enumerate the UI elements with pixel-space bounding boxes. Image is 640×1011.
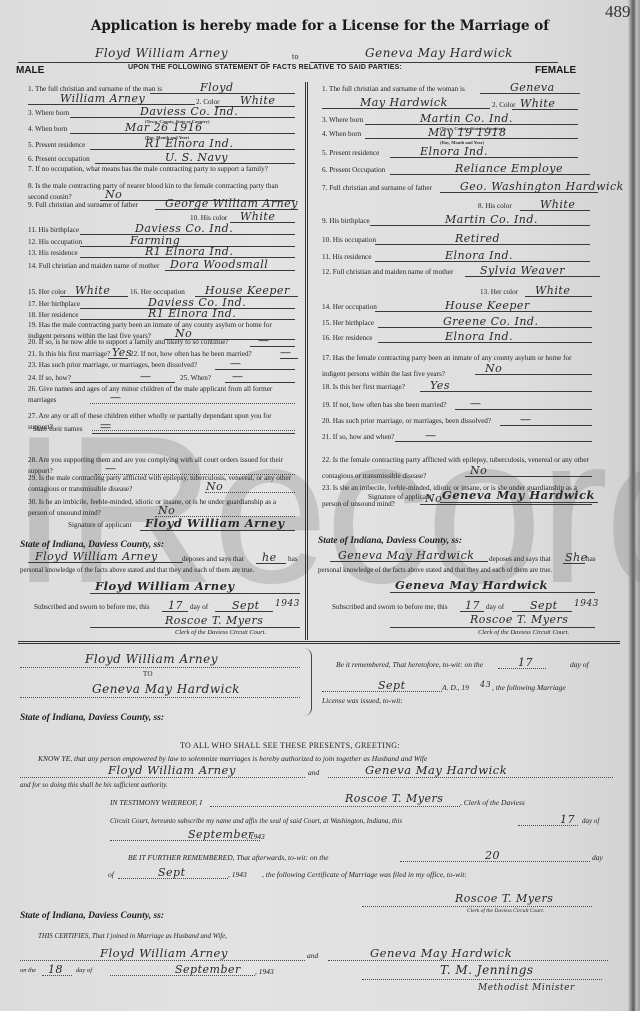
certificate-state: State of Indiana, Daviess County, ss: (20, 911, 164, 921)
female-question-21: 21. If so, how and when? (322, 433, 394, 442)
license-filed-year: , 1943 (228, 870, 247, 879)
female-has-text: has (586, 555, 596, 564)
license-day-of: day of (570, 660, 589, 669)
female-question-15: 15. Her birthplace (322, 319, 374, 328)
female-question-18: 18. Is this her first marriage? (322, 383, 405, 392)
male-signature-line (140, 530, 295, 531)
female-answer-11: Elnora Ind. (445, 249, 513, 262)
male-question-14: 14. Full christian and maiden name of mo… (28, 262, 159, 271)
female-question-14: 14. Her occupation (322, 303, 377, 312)
license-testimony: IN TESTIMONY WHEREOF, I (110, 798, 202, 807)
female-sworn-text: Subscribed and sworn to before me, this (332, 603, 448, 612)
female-answer-21: — (425, 429, 437, 442)
male-answer-2: White (240, 94, 275, 107)
male-answer-line-28 (92, 433, 295, 434)
female-question-19: 19. If not, how often has she been marri… (322, 401, 447, 410)
male-question-4: 4. When born (28, 125, 67, 134)
female-answer-23: No (425, 492, 442, 505)
certificate-day-of: day of (76, 967, 92, 974)
male-answer-1: William Arney (60, 92, 145, 105)
male-sworn-text: Subscribed and sworn to before me, this (34, 603, 150, 612)
female-deposes-text: deposes and says that (489, 555, 551, 564)
certificate-bride-line (328, 960, 608, 961)
female-sworn-month: Sept (530, 599, 558, 612)
female-answer-16: Elnora Ind. (445, 330, 513, 343)
license-know-ye: KNOW YE, that any person empowered by la… (38, 754, 427, 763)
license-testimony-month: September (188, 828, 254, 841)
license-testimony-day-of: day of (582, 817, 599, 825)
female-question-4: 4. When born (322, 130, 361, 139)
female-answer-10: Retired (455, 232, 500, 245)
male-answer-line-27 (92, 430, 295, 431)
license-clerk-line (210, 806, 460, 807)
female-answer-1: May Hardwick (360, 96, 448, 109)
male-answer-line-23 (215, 369, 295, 370)
male-answer-5: R1 Elnora Ind. (145, 137, 233, 150)
male-answer-31: No (158, 504, 175, 517)
male-answer-23: — (230, 357, 242, 370)
male-answer-22: — (280, 346, 292, 359)
female-answer-22: No (470, 464, 487, 477)
male-answer-10: White (240, 210, 275, 223)
male-has-text: has (288, 555, 298, 564)
document-title: Application is hereby made for a License… (0, 18, 640, 34)
male-sworn-day: 17 (168, 599, 183, 612)
license-to: TO (143, 670, 153, 678)
female-answer-7: Geo. Washington Hardwick (460, 180, 624, 193)
female-affidavit-signature: Geneva May Hardwick (395, 578, 548, 592)
female-answer-5: Elnora Ind. (420, 145, 488, 158)
female-deponent: Geneva May Hardwick (338, 549, 474, 562)
female-answer-9: Martin Co. Ind. (445, 213, 538, 226)
male-affidavit-signature: Floyd William Arney (95, 579, 235, 593)
male-clerk-signature: Roscoe T. Myers (165, 614, 263, 627)
groom-header-line (18, 62, 268, 63)
female-answer-17: No (485, 362, 502, 375)
male-question-9: 9. Full christian and surname of father (28, 201, 138, 210)
female-question-1: 1. The full christian and surname of the… (322, 85, 465, 94)
male-affidavit-signature-line (90, 593, 300, 594)
female-question-9: 9. His birthplace (322, 217, 370, 226)
certificate-day: 18 (48, 963, 63, 976)
male-answer-0: Floyd (200, 81, 234, 94)
female-answer-14: House Keeper (445, 299, 530, 312)
male-answer-15: White (75, 284, 110, 297)
marriage-license-page: IRecord 489 Application is hereby made f… (0, 0, 640, 1011)
female-answer-2: White (520, 97, 555, 110)
male-sworn-month: Sept (232, 599, 260, 612)
male-answer-24: — (140, 370, 152, 383)
license-testimony-year: , 1943 (246, 832, 265, 841)
license-issued-text-2: License was issued, to-wit: (322, 696, 403, 705)
male-answer-line-31 (155, 516, 295, 517)
certificate-month: September (175, 963, 241, 976)
license-filed-month: Sept (158, 866, 186, 879)
book-binding-edge (628, 0, 640, 1011)
statement-subheading: UPON THE FOLLOWING STATEMENT OF FACTS RE… (128, 64, 402, 71)
male-question-3: 3. Where born (28, 109, 69, 118)
male-question-5: 5. Present residence (28, 141, 85, 150)
female-clerk-line (390, 627, 595, 628)
male-sworn-year: 1943 (275, 599, 300, 609)
female-question-20: 20. Has such prior marriage, or marriage… (322, 417, 491, 426)
male-question-7: 7. If no occupation, what means has the … (28, 164, 296, 175)
female-affidavit-signature-line (390, 592, 595, 593)
male-deposes-text: deposes and says that (182, 555, 244, 564)
license-filed-clerk-title: Clerk of the Daviess Circuit Court. (467, 908, 544, 914)
male-clerk-line (90, 627, 300, 628)
male-answer-14: Dora Woodsmall (170, 258, 268, 271)
male-heading: MALE (16, 65, 44, 76)
license-further-text: BE IT FURTHER REMEMBERED, That afterward… (128, 853, 328, 862)
male-question-cont-28: State their names (33, 425, 83, 434)
male-answer-line-24 (70, 382, 175, 383)
license-remembered-text: Be it remembered, That heretofore, to-wi… (336, 660, 483, 669)
female-clerk-title: Clerk of the Daviess Circuit Court. (478, 629, 569, 636)
male-clerk-title: Clerk of the Daviess Circuit Court. (175, 629, 266, 636)
male-affidavit-state: State of Indiana, Daviess County, ss: (20, 540, 164, 550)
male-question-6: 6. Present occupation (28, 155, 90, 164)
male-question-13: 13. His residence (28, 249, 78, 258)
license-bride-2: Geneva May Hardwick (365, 763, 507, 777)
groom-header-name: Floyd William Arney (95, 46, 228, 60)
license-bride-line (20, 697, 300, 698)
certificate-officiant-title: Methodist Minister (478, 983, 575, 993)
female-heading: FEMALE (535, 65, 576, 76)
license-clerk-of: , Clerk of the Daviess (460, 798, 525, 807)
section-divider (18, 641, 620, 644)
female-question-3: 3. Where born (322, 116, 363, 125)
male-answer-3: Daviess Co. Ind. (140, 105, 238, 118)
female-answer-line-23 (420, 504, 592, 505)
license-bride-line-2 (328, 777, 613, 778)
license-groom: Floyd William Arney (85, 652, 218, 666)
male-knowledge-text: personal knowledge of the facts above st… (20, 566, 254, 575)
column-divider (305, 82, 308, 640)
license-ad-text: A. D., 19 (442, 683, 469, 692)
female-question-6: 6. Present Occupation (322, 166, 385, 175)
male-answer-8: No (105, 188, 122, 201)
certificate-bride: Geneva May Hardwick (370, 946, 512, 960)
bride-header-name: Geneva May Hardwick (365, 46, 513, 60)
certificate-officiant-line (362, 979, 602, 980)
license-testimony-day: 17 (560, 813, 575, 826)
license-and: and (308, 768, 319, 777)
female-question-8: 8. His color (478, 202, 512, 211)
male-answer-28: — (100, 421, 112, 434)
female-answer-15: Greene Co. Ind. (443, 315, 538, 328)
license-authority: and for so doing this shall be his suffi… (20, 781, 168, 789)
header-to: to (292, 52, 299, 61)
male-signature-label: Signature of applicant (68, 521, 131, 530)
male-answer-18: R1 Elnora Ind. (148, 307, 236, 320)
female-affidavit-state: State of Indiana, Daviess County, ss: (318, 536, 462, 546)
certificate-officiant-signature: T. M. Jennings (440, 963, 534, 977)
license-filed-day: 20 (485, 849, 500, 862)
female-answer-13: White (535, 284, 570, 297)
female-question-7: 7. Full christian and surname of father (322, 184, 432, 193)
male-answer-30: No (206, 480, 223, 493)
female-day-of: day of (486, 603, 504, 612)
female-question-13: 13. Her color (480, 288, 518, 297)
male-question-17: 17. Her birthplace (28, 300, 80, 309)
female-question-17: 17. Has the female contracting party bee… (322, 350, 592, 382)
male-answer-6: U. S. Navy (165, 151, 228, 164)
female-sworn-year: 1943 (574, 599, 599, 609)
female-pronoun: She (565, 551, 588, 564)
female-answer-line-20 (500, 425, 592, 426)
license-state: State of Indiana, Daviess County, ss: (20, 713, 164, 723)
male-answer-26: — (110, 391, 122, 404)
license-filed-clerk-signature: Roscoe T. Myers (455, 892, 553, 905)
male-question-24: 24. If so, how? (28, 374, 71, 383)
male-answer-13: R1 Elnora Ind. (145, 245, 233, 258)
license-brace (304, 648, 312, 716)
male-answer-9: George William Arney (165, 197, 298, 210)
license-issued-text: , the following Marriage (492, 683, 566, 692)
license-day-word: day (592, 853, 603, 862)
female-answer-6: Reliance Employe (455, 162, 563, 175)
license-clerk-signature: Roscoe T. Myers (345, 792, 443, 805)
female-answer-0: Geneva (510, 81, 555, 94)
female-answer-20: — (520, 413, 532, 426)
female-answer-18: Yes (430, 379, 450, 392)
license-year: 43 (480, 680, 491, 689)
license-circuit-text: Circuit Court, hereunto subscribe my nam… (110, 817, 402, 825)
female-answer-8: White (540, 198, 575, 211)
male-answer-4: Mar 26 1916 (125, 121, 203, 134)
certificate-groom: Floyd William Arney (100, 946, 228, 960)
female-answer-3: Martin Co. Ind. (420, 112, 513, 125)
license-month: Sept (378, 679, 406, 692)
certificate-year: , 1943 (255, 967, 274, 976)
male-answer-25: — (232, 370, 244, 383)
female-answer-4: May 19 1918 (428, 126, 507, 139)
female-question-10: 10. His occupation (322, 236, 376, 245)
male-pronoun: he (262, 551, 277, 564)
female-question-12: 12. Full christian and maiden name of mo… (322, 268, 453, 277)
certificate-certifies: THIS CERTIFIES, That I joined in Marriag… (38, 932, 227, 940)
male-question-23: 23. Has such prior marriage, or marriage… (28, 361, 197, 370)
license-filed-clerk-line (362, 906, 592, 907)
license-bride: Geneva May Hardwick (92, 682, 240, 696)
female-question-16: 16. Her residence (322, 334, 373, 343)
female-answer-12: Sylvia Weaver (480, 264, 565, 277)
male-question-21: 21. Is this his first marriage? (28, 350, 110, 359)
female-sworn-day: 17 (465, 599, 480, 612)
male-deponent: Floyd William Arney (35, 550, 158, 563)
license-groom-2: Floyd William Arney (108, 763, 236, 777)
male-question-18: 18. Her residence (28, 311, 79, 320)
license-filed-text: , the following Certificate of Marriage … (262, 870, 467, 879)
license-groom-line (20, 667, 300, 668)
certificate-and: and (307, 951, 318, 960)
license-groom-line-2 (20, 777, 305, 778)
female-question-5: 5. Present residence (322, 149, 379, 158)
certificate-on-the: on the (20, 967, 36, 974)
male-question-25: 25. When? (180, 374, 211, 383)
license-of-word: of (108, 870, 114, 879)
male-day-of: day of (190, 603, 208, 612)
male-question-11: 11. His birthplace (28, 226, 79, 235)
license-greeting: TO ALL WHO SHALL SEE THESE PRESENTS, GRE… (180, 741, 400, 750)
license-day: 17 (518, 656, 533, 669)
certificate-groom-line (20, 960, 305, 961)
female-knowledge-text: personal knowledge of the facts above st… (318, 566, 552, 575)
female-answer-19: — (470, 397, 482, 410)
female-question-23: 23. Is she an imbecile, feeble-minded, i… (322, 480, 592, 512)
female-question-11: 11. His residence (322, 253, 371, 262)
male-answer-21: Yes (112, 346, 132, 359)
female-clerk-signature: Roscoe T. Myers (470, 613, 568, 626)
bride-header-line (310, 62, 558, 63)
male-question-12: 12. His occupation (28, 238, 82, 247)
male-answer-20: — (258, 334, 270, 347)
